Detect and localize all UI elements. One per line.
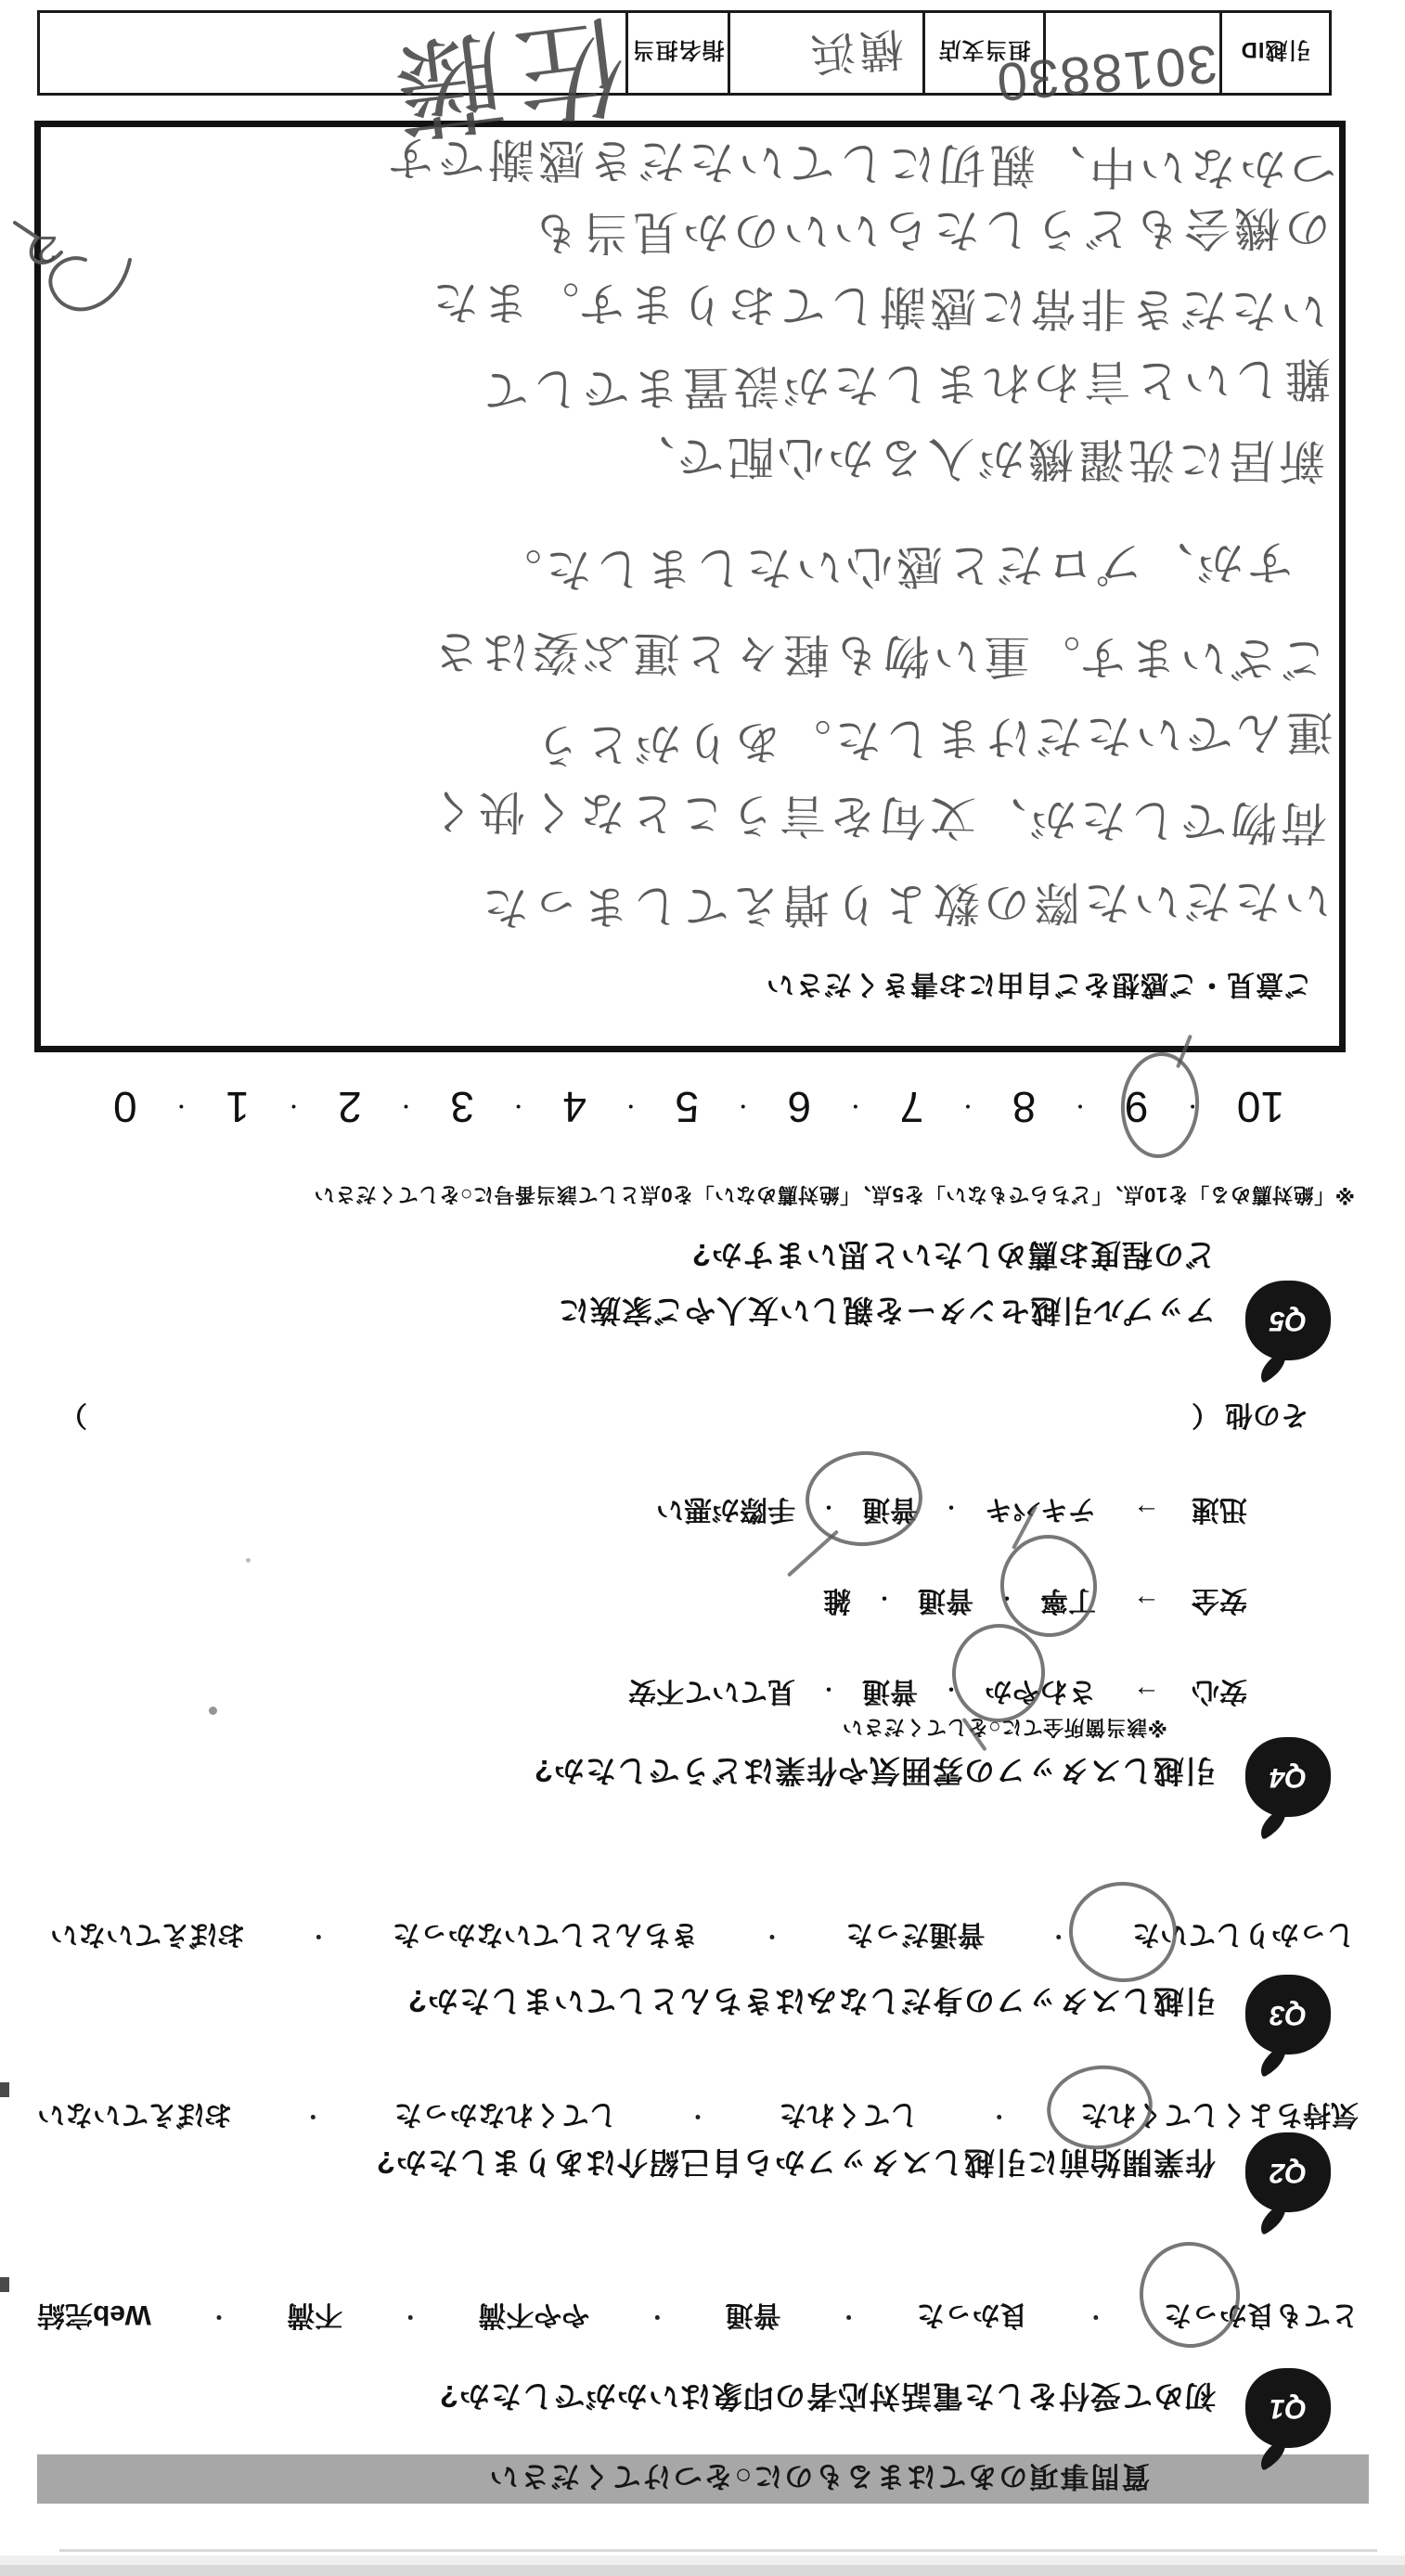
open-paren: （ [1192,1397,1219,1438]
option: おぼえていない [37,2097,232,2138]
q5-question-line1: アップル引越センターを親しい友人やご家族に [558,1291,1216,1334]
option-separator: ・ [209,2304,229,2333]
staff-table-cell-id-label: 引越ID [1222,13,1329,93]
q2-badge-apple-icon: Q2 [1245,2132,1331,2212]
q5-question-line2: どの程度お薦めしたいと思いますか? [691,1235,1216,1279]
circle-mark-q3 [1065,1878,1179,1986]
q4-question: 引越しスタッフの雰囲気や作業はどうでしたか? [534,1751,1216,1795]
q4-badge-apple-icon: Q4 [1245,1737,1331,1817]
circle-mark-q2 [1041,2059,1157,2157]
handwritten-line: 新居に洗濯機が入るか心配で、 [625,426,1325,497]
q4-row-jinsoku-label: 迅速 [1192,1492,1247,1533]
option: 良かった [917,2298,1028,2338]
option-separator: ・ [762,1924,782,1952]
q2-options: 気持ちよくしてくれた・してくれた・してくれなかった・おぼえていない [37,2097,1359,2138]
circle-mark-scale-9 [1117,1050,1203,1161]
option: 普通 [862,1676,918,1707]
option-separator: ・ [845,1093,866,1122]
handwritten-line: いただいた際の数より増えてしまった [479,870,1332,945]
q1-question: 初めて受付をした電話対応者の印象はいかがでしたか? [439,2376,1216,2420]
option: おぼえていない [50,1917,245,1958]
option: 1 [226,1082,250,1132]
instruction-bar-text: 質問事項のあてはまるものに○をつけてください [488,2458,1151,2500]
option-separator: ・ [647,2304,667,2333]
option: 7 [900,1082,924,1132]
option-separator: ・ [171,1093,191,1122]
handwritten-line: ございます。重い物も軽々と運ぶ姿はさ [429,622,1328,696]
option: テキパキ [985,1494,1096,1525]
q3-badge-label: Q3 [1270,1999,1307,2030]
option-separator: ・ [283,1093,303,1122]
option: Web完結 [37,2298,151,2338]
option-separator: ・ [1070,1093,1090,1122]
handwritten-line: 難しいと言われましたが設置までして [479,349,1332,428]
corner-scribble: 2 [7,196,147,349]
option: 4 [562,1082,586,1132]
option: してくれなかった [394,2097,617,2138]
option-separator: ・ [400,2304,420,2333]
q4-row-anshin: 安心 → さわやか・普通・見ていて不安 [604,1674,1247,1715]
scan-speck [209,1707,217,1715]
option-separator: ・ [303,2104,323,2132]
handwritten-agent-name: 佐藤 [374,0,637,179]
handwritten-line: すが、プロだと感心いたしました。 [492,532,1295,607]
scan-edge-strip-light [0,2556,1405,2565]
option: 普通だった [845,1917,985,1958]
handwritten-line: いただき非常に感謝しております。また [429,272,1328,348]
q4-badge-label: Q4 [1270,1761,1307,1793]
handwritten-line: 荷物でしたが、文句を言うことなく快く [425,780,1328,860]
comment-box-instruction: ご意見・ご感想をご自由にお書きください [766,967,1312,1008]
handwritten-branch-name: 横浜 [806,19,907,90]
option: 3 [450,1082,474,1132]
option: 普通 [918,1585,973,1616]
q4-row-anzen-label: 安全 [1192,1583,1247,1624]
q1-badge-label: Q1 [1270,2392,1307,2424]
q3-question: 引越しスタッフの身だしなみはきちんとしていましたか? [407,1981,1216,2025]
q5-rating-scale: 10・9・8・7・6・5・4・3・2・1・0 [113,1082,1284,1132]
option-separator: ・ [688,2104,708,2132]
option: 6 [788,1082,812,1132]
option: 10 [1237,1082,1284,1132]
option-separator: ・ [1049,1924,1069,1952]
scan-edge-strip [0,2565,1405,2576]
option: 8 [1012,1082,1037,1132]
option: 見ていて不安 [628,1676,795,1707]
option-separator: ・ [989,2104,1010,2132]
scan-speck [246,1558,251,1563]
q4-row-sonota: その他 （ [1192,1397,1308,1438]
right-arrow-icon: → [1133,1589,1160,1619]
option-separator: ・ [621,1093,641,1122]
option: 0 [113,1082,137,1132]
option: 普通 [726,2298,781,2338]
scan-edge-tick [0,2082,9,2097]
option-separator: ・ [839,2304,859,2333]
id-label: 引越ID [1241,37,1311,70]
option-separator: ・ [942,1496,960,1516]
option-separator: ・ [819,1678,838,1698]
q4-row-jinsoku: 迅速 → テキパキ・普通・手際が悪い [632,1492,1247,1533]
handwritten-line: の機会もどうしたらいいのか見当も [529,198,1331,270]
option: 2 [338,1082,362,1132]
option: してくれた [779,2097,918,2138]
instruction-bar: 質問事項のあてはまるものに○をつけてください [37,2454,1369,2504]
close-paren: ） [59,1397,87,1438]
option-separator: ・ [396,1093,417,1122]
scanned-questionnaire: 質問事項のあてはまるものに○をつけてください Q1 初めて受付をした電話対応者の… [0,0,1405,2576]
q3-badge-apple-icon: Q3 [1245,1975,1331,2054]
q5-badge-label: Q5 [1270,1305,1307,1336]
scan-edge-line [59,2549,1377,2552]
agent-label: 指名担当 [632,37,725,70]
option-separator: ・ [308,1924,329,1952]
q5-note: ※「絶対薦める」を10点、「どちらでもない」を5点、「絶対薦めない」を0点として… [314,1181,1355,1210]
q1-badge-apple-icon: Q1 [1245,2368,1331,2448]
option: 手際が悪い [656,1494,795,1525]
q2-badge-label: Q2 [1270,2157,1307,2188]
right-arrow-icon: → [1133,1680,1160,1710]
option: 不満 [287,2298,342,2338]
option-separator: ・ [958,1093,978,1122]
option-separator: ・ [875,1587,894,1607]
right-arrow-icon: → [1133,1498,1160,1528]
option-separator: ・ [733,1093,754,1122]
option: 5 [675,1082,699,1132]
handwritten-line: 運んでいただけました。ありがとう [530,702,1333,782]
q5-badge-apple-icon: Q5 [1245,1281,1331,1360]
option: やや不満 [478,2298,589,2338]
circle-tail-jinsoku [787,1529,839,1577]
scan-edge-tick [0,2277,9,2292]
option: 雑 [823,1585,851,1616]
q4-row-sonota-close: ） [59,1397,87,1438]
circle-mark-jinsoku [803,1448,926,1551]
q4-row-sonota-label: その他 [1225,1397,1308,1438]
corner-scribble-number: 2 [33,227,58,269]
q4-row-anshin-label: 安心 [1192,1674,1247,1715]
rotated-sheet: 質問事項のあてはまるものに○をつけてください Q1 初めて受付をした電話対応者の… [0,0,1405,2576]
option-separator: ・ [509,1093,529,1122]
option-separator: ・ [1086,2304,1106,2333]
staff-table-cell-agent-label: 指名担当 [628,13,730,93]
option: きちんとしていなかった [393,1917,699,1958]
